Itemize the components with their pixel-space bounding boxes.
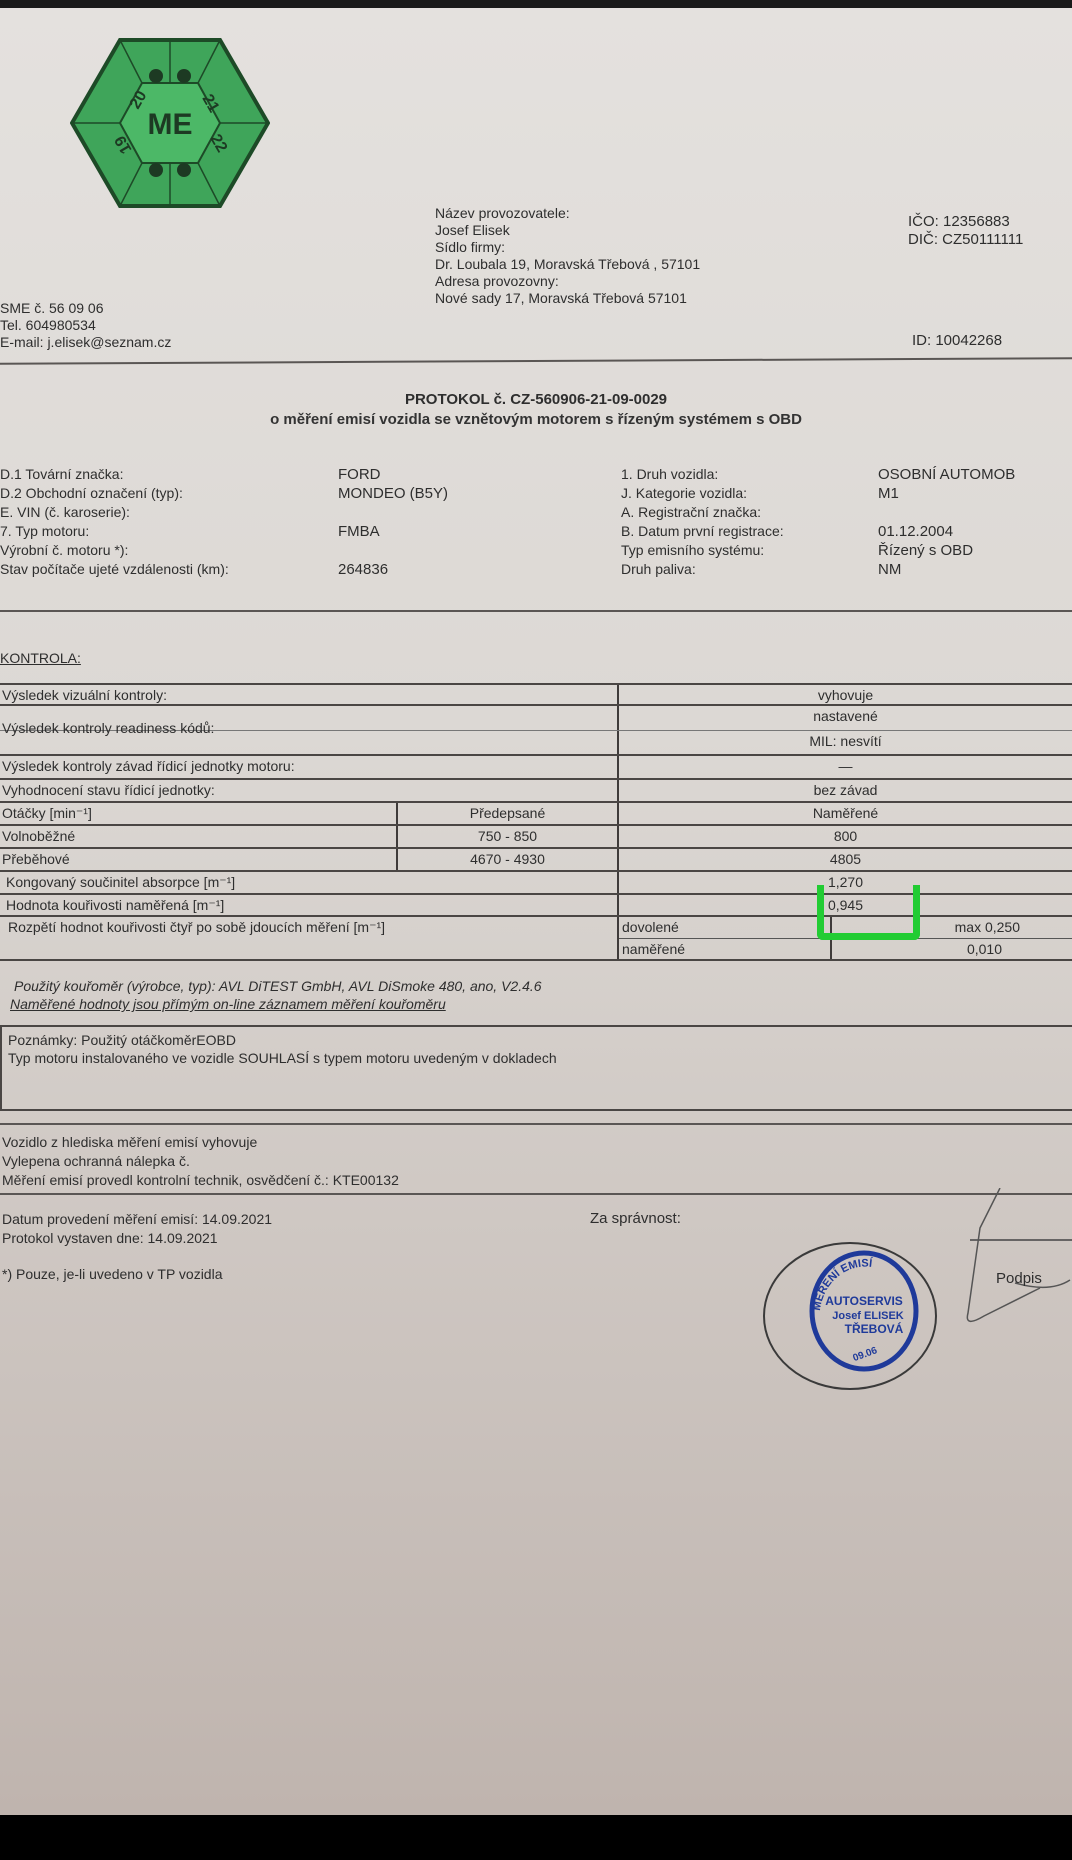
protocol-subtitle: o měření emisí vozidla se vznětovým moto… xyxy=(0,411,1072,429)
operator-seat: Dr. Loubala 19, Moravská Třebová , 57101 xyxy=(435,256,700,273)
rpm-label: Volnoběžné xyxy=(2,826,75,847)
check-value: — xyxy=(619,756,1072,778)
signature-label: Podpis xyxy=(996,1270,1042,1288)
vehicle-field-value xyxy=(878,503,1015,522)
measurement-date: Datum provedení měření emisí: 14.09.2021 xyxy=(2,1211,272,1228)
emission-sticker-icon: ME 20 21 22 19 xyxy=(70,38,270,208)
instrument-line: Použitý kouřoměr (výrobce, typ): AVL DiT… xyxy=(14,978,542,995)
footnote: *) Pouze, je-li uvedeno v TP vozidla xyxy=(2,1266,223,1283)
vehicle-right-labels: 1. Druh vozidla:J. Kategorie vozidla:A. … xyxy=(621,465,784,579)
ico: IČO: 12356883 xyxy=(908,213,1023,231)
table-row: Volnoběžné 750 - 850 800 xyxy=(0,826,1072,849)
divider xyxy=(0,610,1072,612)
vehicle-left-values: FORDMONDEO (B5Y) FMBA 264836 xyxy=(338,465,448,579)
operator-info: Název provozovatele: Josef Elisek Sídlo … xyxy=(435,205,700,307)
vehicle-field-label: 7. Typ motoru: xyxy=(0,522,229,541)
vehicle-field-label: 1. Druh vozidla: xyxy=(621,465,784,484)
svg-text:AUTOSERVIS: AUTOSERVIS xyxy=(825,1294,903,1308)
vehicle-field-label: D.1 Tovární značka: xyxy=(0,465,229,484)
correctness-label: Za správnost: xyxy=(590,1210,681,1228)
notes-line: Poznámky: Použitý otáčkoměrEOBD xyxy=(8,1032,236,1049)
rpm-prescribed: 4670 - 4930 xyxy=(398,849,617,870)
vehicle-field-value: MONDEO (B5Y) xyxy=(338,484,448,503)
dic: DIČ: CZ50111111 xyxy=(908,231,1023,249)
vehicle-right-values: OSOBNÍ AUTOMOBM1 01.12.2004Řízený s OBDN… xyxy=(878,465,1015,579)
vehicle-field-value xyxy=(338,503,448,522)
check-label: Výsledek vizuální kontroly: xyxy=(2,685,167,704)
operator-seat-label: Sídlo firmy: xyxy=(435,239,700,256)
operator-name-label: Název provozovatele: xyxy=(435,205,700,222)
rpm-header-measured: Naměřené xyxy=(619,803,1072,824)
vehicle-field-label: Druh paliva: xyxy=(621,560,784,579)
protocol-title: PROTOKOL č. CZ-560906-21-09-0029 xyxy=(0,391,1072,409)
operator-address: Nové sady 17, Moravská Třebová 57101 xyxy=(435,290,700,307)
protocol-document: ME 20 21 22 19 SME č. 56 09 06 Tel. 6049… xyxy=(0,8,1072,1815)
divider xyxy=(0,357,1072,365)
check-value: bez závad xyxy=(619,780,1072,801)
vehicle-field-value: FMBA xyxy=(338,522,448,541)
vehicle-field-label: Výrobní č. motoru *): xyxy=(0,541,229,560)
rpm-label: Přeběhové xyxy=(2,849,70,870)
table-row: MIL: nesvítí xyxy=(0,731,1072,756)
vehicle-field-label: J. Kategorie vozidla: xyxy=(621,484,784,503)
vehicle-field-value: 264836 xyxy=(338,560,448,579)
station-number: SME č. 56 09 06 xyxy=(0,300,171,317)
vehicle-field-value: M1 xyxy=(878,484,1015,503)
rpm-prescribed: 750 - 850 xyxy=(398,826,617,847)
result-line: Vylepena ochranná nálepka č. xyxy=(2,1153,190,1170)
bottom-border xyxy=(0,1815,1072,1860)
station-contact: SME č. 56 09 06 Tel. 604980534 E-mail: j… xyxy=(0,300,171,351)
vehicle-field-label: Stav počítače ujeté vzdálenosti (km): xyxy=(0,560,229,579)
result-line: Měření emisí provedl kontrolní technik, … xyxy=(2,1172,399,1189)
company-ids: IČO: 12356883 DIČ: CZ50111111 xyxy=(908,213,1023,249)
table-row: Výsledek vizuální kontroly: vyhovuje xyxy=(0,683,1072,706)
vehicle-left-labels: D.1 Tovární značka:D.2 Obchodní označení… xyxy=(0,465,229,579)
operator-name: Josef Elisek xyxy=(435,222,700,239)
absorption-label: Kongovaný součinitel absorpce [m⁻¹] xyxy=(6,872,235,893)
rpm-header-prescribed: Předepsané xyxy=(398,803,617,824)
vehicle-field-value: OSOBNÍ AUTOMOB xyxy=(878,465,1015,484)
stamp-icon: MĚŘENÍ EMISÍ AUTOSERVIS Josef ELISEK TŘE… xyxy=(762,1241,938,1391)
result-line: Vozidlo z hlediska měření emisí vyhovuje xyxy=(2,1134,257,1151)
check-value: nastavené xyxy=(619,706,1072,730)
range-measured-value: 0,010 xyxy=(832,939,1002,961)
vehicle-field-value xyxy=(338,541,448,560)
kontrola-heading: KONTROLA: xyxy=(0,650,81,666)
vehicle-field-label: Typ emisního systému: xyxy=(621,541,784,560)
svg-text:09.06: 09.06 xyxy=(852,1345,880,1364)
vehicle-field-value: 01.12.2004 xyxy=(878,522,1015,541)
svg-text:ME: ME xyxy=(148,108,193,141)
rpm-measured: 800 xyxy=(619,826,1072,847)
vehicle-field-label: D.2 Obchodní označení (typ): xyxy=(0,484,229,503)
svg-text:Josef ELISEK: Josef ELISEK xyxy=(832,1310,904,1322)
vehicle-field-value: FORD xyxy=(338,465,448,484)
svg-text:TŘEBOVÁ: TŘEBOVÁ xyxy=(845,1321,904,1336)
opacity-label: Hodnota kouřivosti naměřená [m⁻¹] xyxy=(6,895,224,915)
vehicle-field-label: E. VIN (č. karoserie): xyxy=(0,503,229,522)
issue-date: Protokol vystaven dne: 14.09.2021 xyxy=(2,1230,218,1247)
table-row: Výsledek kontroly závad řídicí jednotky … xyxy=(0,756,1072,780)
divider xyxy=(0,1123,1072,1125)
rpm-header-label: Otáčky [min⁻¹] xyxy=(2,803,92,824)
signature-icon xyxy=(960,1188,1072,1338)
table-row: Výsledek kontroly readiness kódů: nastav… xyxy=(0,706,1072,731)
check-value: vyhovuje xyxy=(619,685,1072,704)
range-label: Rozpětí hodnot kouřivosti čtyř po sobě j… xyxy=(8,917,385,959)
table-row: Vyhodnocení stavu řídicí jednotky: bez z… xyxy=(0,780,1072,803)
vehicle-field-label: B. Datum první registrace: xyxy=(621,522,784,541)
operator-address-label: Adresa provozovny: xyxy=(435,273,700,290)
vehicle-field-value: NM xyxy=(878,560,1015,579)
range-allowed-label: dovolené xyxy=(622,917,679,939)
station-email: E-mail: j.elisek@seznam.cz xyxy=(0,334,171,351)
vehicle-field-label: A. Registrační značka: xyxy=(621,503,784,522)
table-row: Přeběhové 4670 - 4930 4805 xyxy=(0,849,1072,872)
station-id: ID: 10042268 xyxy=(912,332,1002,350)
check-label: Výsledek kontroly závad řídicí jednotky … xyxy=(2,756,295,778)
instrument-note: Naměřené hodnoty jsou přímým on-line záz… xyxy=(10,996,446,1013)
notes-line: Typ motoru instalovaného ve vozidle SOUH… xyxy=(8,1050,557,1067)
divider xyxy=(0,1193,1072,1195)
highlight-annotation xyxy=(817,885,920,940)
notes-box: Poznámky: Použitý otáčkoměrEOBD Typ moto… xyxy=(0,1025,1072,1111)
station-phone: Tel. 604980534 xyxy=(0,317,171,334)
top-border xyxy=(0,0,1072,8)
check-value: MIL: nesvítí xyxy=(619,731,1072,754)
table-row: Otáčky [min⁻¹] Předepsané Naměřené xyxy=(0,803,1072,826)
check-label: Vyhodnocení stavu řídicí jednotky: xyxy=(2,780,215,801)
rpm-measured: 4805 xyxy=(619,849,1072,870)
range-measured-label: naměřené xyxy=(622,939,685,961)
vehicle-field-value: Řízený s OBD xyxy=(878,541,1015,560)
